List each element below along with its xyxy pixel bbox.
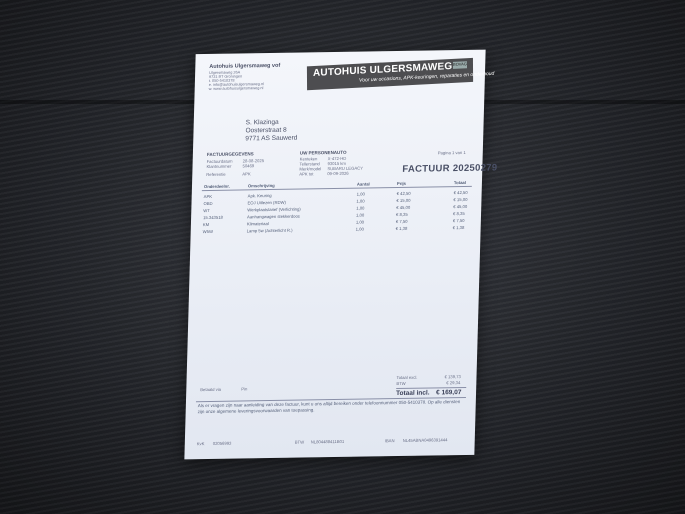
payment-label: Betaald via	[200, 387, 221, 392]
table-cell: 1,00	[356, 227, 364, 232]
payment-value: Pin	[241, 386, 247, 391]
table-cell: € 42,50	[454, 190, 468, 195]
iban-value: NL45ABNA0496391444	[403, 437, 448, 443]
table-cell: 15.343518	[203, 215, 223, 220]
total-incl-value: € 169,07	[436, 389, 462, 396]
table-cell: € 15,00	[453, 197, 467, 202]
company-logo: AUTOHUIS ULGERSMAWEG BOVAG Voor uw occas…	[307, 58, 473, 90]
table-cell: 1,00	[356, 206, 364, 211]
table-cell: 1,00	[356, 213, 364, 218]
company-website: w. www.autohuisulgersmaweg.nl	[209, 86, 264, 91]
logo-badge: BOVAG	[453, 61, 467, 69]
table-cell: € 45,00	[396, 205, 410, 210]
kvk-label: KvK	[197, 441, 205, 446]
total-excl-value: € 139,73	[444, 374, 460, 379]
table-cell: € 1,38	[396, 226, 408, 231]
total-excl-label: Totaal excl.	[396, 375, 417, 380]
table-cell: W5W	[203, 229, 213, 234]
btw-number-label: BTW	[295, 440, 304, 445]
table-cell: € 1,38	[453, 225, 465, 230]
table-cell: 1,00	[356, 199, 364, 204]
btw-number-value: NL804488411B01	[311, 439, 345, 445]
page-indicator: Pagina 1 van 1	[438, 150, 466, 155]
table-header-cell: Omschrijving	[248, 183, 275, 188]
table-header-cell: Prijs	[397, 181, 406, 186]
btw-value: € 29,34	[446, 380, 460, 385]
invoice-title: FACTUUR 20250279	[402, 162, 497, 174]
table-cell: OBD	[203, 201, 212, 206]
customer-number-label: Klantnummer	[206, 164, 231, 169]
customer-city: 9771 AS Sauwerd	[245, 135, 297, 143]
table-cell: APK	[204, 194, 213, 199]
table-cell: € 7,50	[453, 218, 465, 223]
apk-until-value: 09-09-2026	[327, 171, 349, 176]
table-cell: WT	[203, 208, 210, 213]
customer-number-value: 50469	[242, 163, 254, 168]
table-cell: 1,00	[357, 192, 365, 197]
table-header-cell: Totaal	[454, 180, 466, 185]
table-cell: KM	[203, 222, 209, 227]
table-cell: Klimateriaal	[247, 221, 269, 226]
table-cell: € 15,00	[396, 198, 410, 203]
customer-name: S. Klazinga	[246, 119, 279, 127]
kvk-value: 02056993	[213, 441, 232, 446]
customer-street: Oosterstraat 8	[245, 127, 286, 135]
table-cell: Lamp 5w (Achterlicht R.)	[247, 228, 293, 234]
vehicle-heading: UW PERSONENAUTO	[300, 150, 347, 156]
table-top-rule	[202, 186, 472, 191]
table-cell: 1,00	[356, 220, 364, 225]
invoice-paper: Autohuis Ulgersmaweg vof Ulgersmaweg 26A…	[184, 50, 485, 460]
table-header-cell: Onderdeelnr.	[204, 184, 230, 189]
total-incl-label: Totaal incl.	[396, 390, 430, 398]
apk-until-label: APK tot	[299, 171, 313, 176]
table-cell: Werkplaatstarief (Verlichting)	[247, 207, 301, 213]
table-cell: € 7,50	[396, 219, 408, 224]
table-cell: EOJ Uitlezen (RDW)	[247, 200, 286, 206]
reference-value: APK	[242, 171, 251, 176]
iban-label: IBAN	[385, 438, 395, 443]
table-cell: Aanhangwagen stekkerdoos	[247, 214, 300, 220]
invoice-notice: Als er vragen zijn naar aanleiding van d…	[198, 399, 464, 415]
table-cell: € 8,35	[453, 211, 465, 216]
reference-label: Referentie	[206, 172, 225, 177]
table-cell: Apk. Keuring	[248, 193, 272, 198]
table-cell: € 8,35	[396, 212, 408, 217]
invoice-details-heading: FACTUURGEGEVENS	[207, 151, 254, 157]
table-cell: € 45,00	[453, 204, 467, 209]
table-cell: € 42,50	[397, 191, 411, 196]
btw-label: BTW	[396, 381, 405, 386]
company-name: Autohuis Ulgersmaweg vof	[209, 63, 280, 70]
table-header-cell: Aantal	[357, 181, 370, 186]
